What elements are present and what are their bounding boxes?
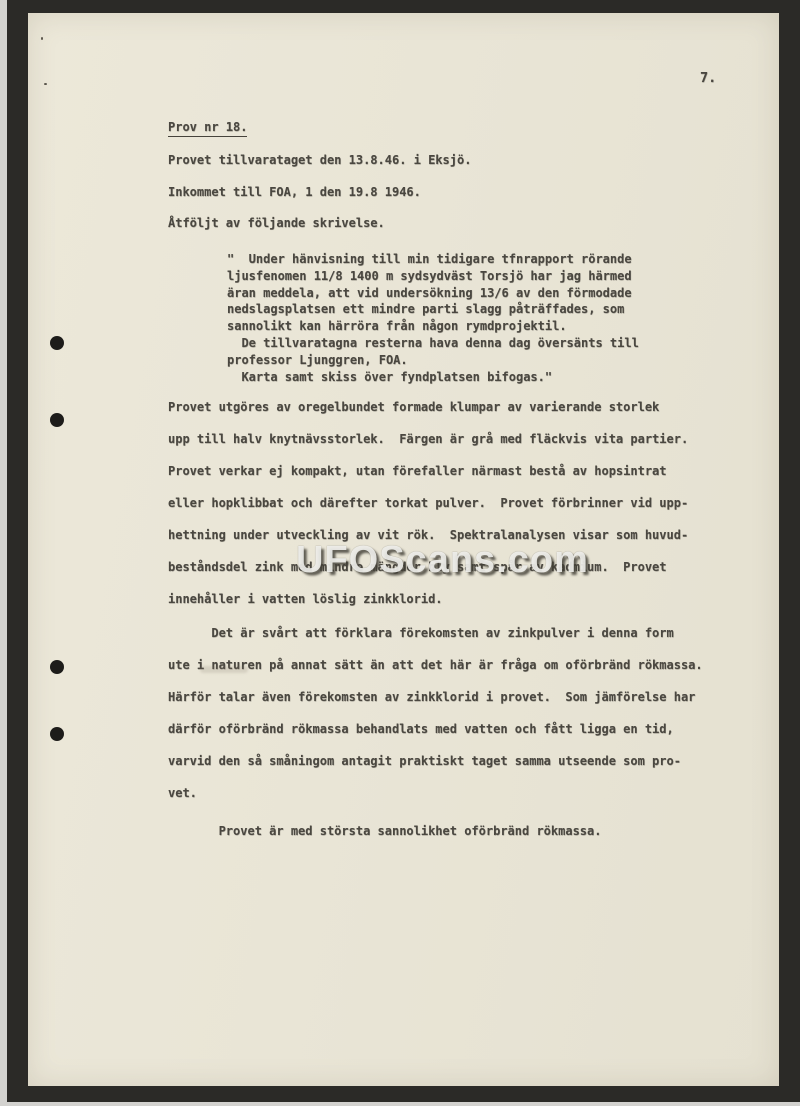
punch-hole [50,413,64,427]
paper-smudge [200,666,248,673]
meta-line-sample-date: Provet tillvarataget den 13.8.46. i Eksj… [168,153,471,167]
page-number: 7. [700,71,716,86]
paper-speck [41,37,43,40]
body-paragraph-conclusion: Det är svårt att förklara förekomsten av… [168,617,703,809]
watermark: UFOScans.com [296,539,589,582]
doc-heading: Prov nr 18. [168,120,247,135]
scan-background: 7. Prov nr 18. Provet tillvarataget den … [0,0,800,1106]
punch-hole [50,336,64,350]
quoted-letter: " Under hänvisning till min tidigare tfn… [227,251,639,385]
closing-line: Provet är med största sannolikhet oförbr… [168,824,601,838]
meta-line-received: Inkommet till FOA, 1 den 19.8 1946. [168,185,421,199]
doc-heading-text: Prov nr 18. [168,120,247,137]
meta-line-accompanied: Åtföljt av följande skrivelse. [168,216,385,230]
punch-hole [50,727,64,741]
paper-speck [44,83,47,85]
punch-hole [50,660,64,674]
